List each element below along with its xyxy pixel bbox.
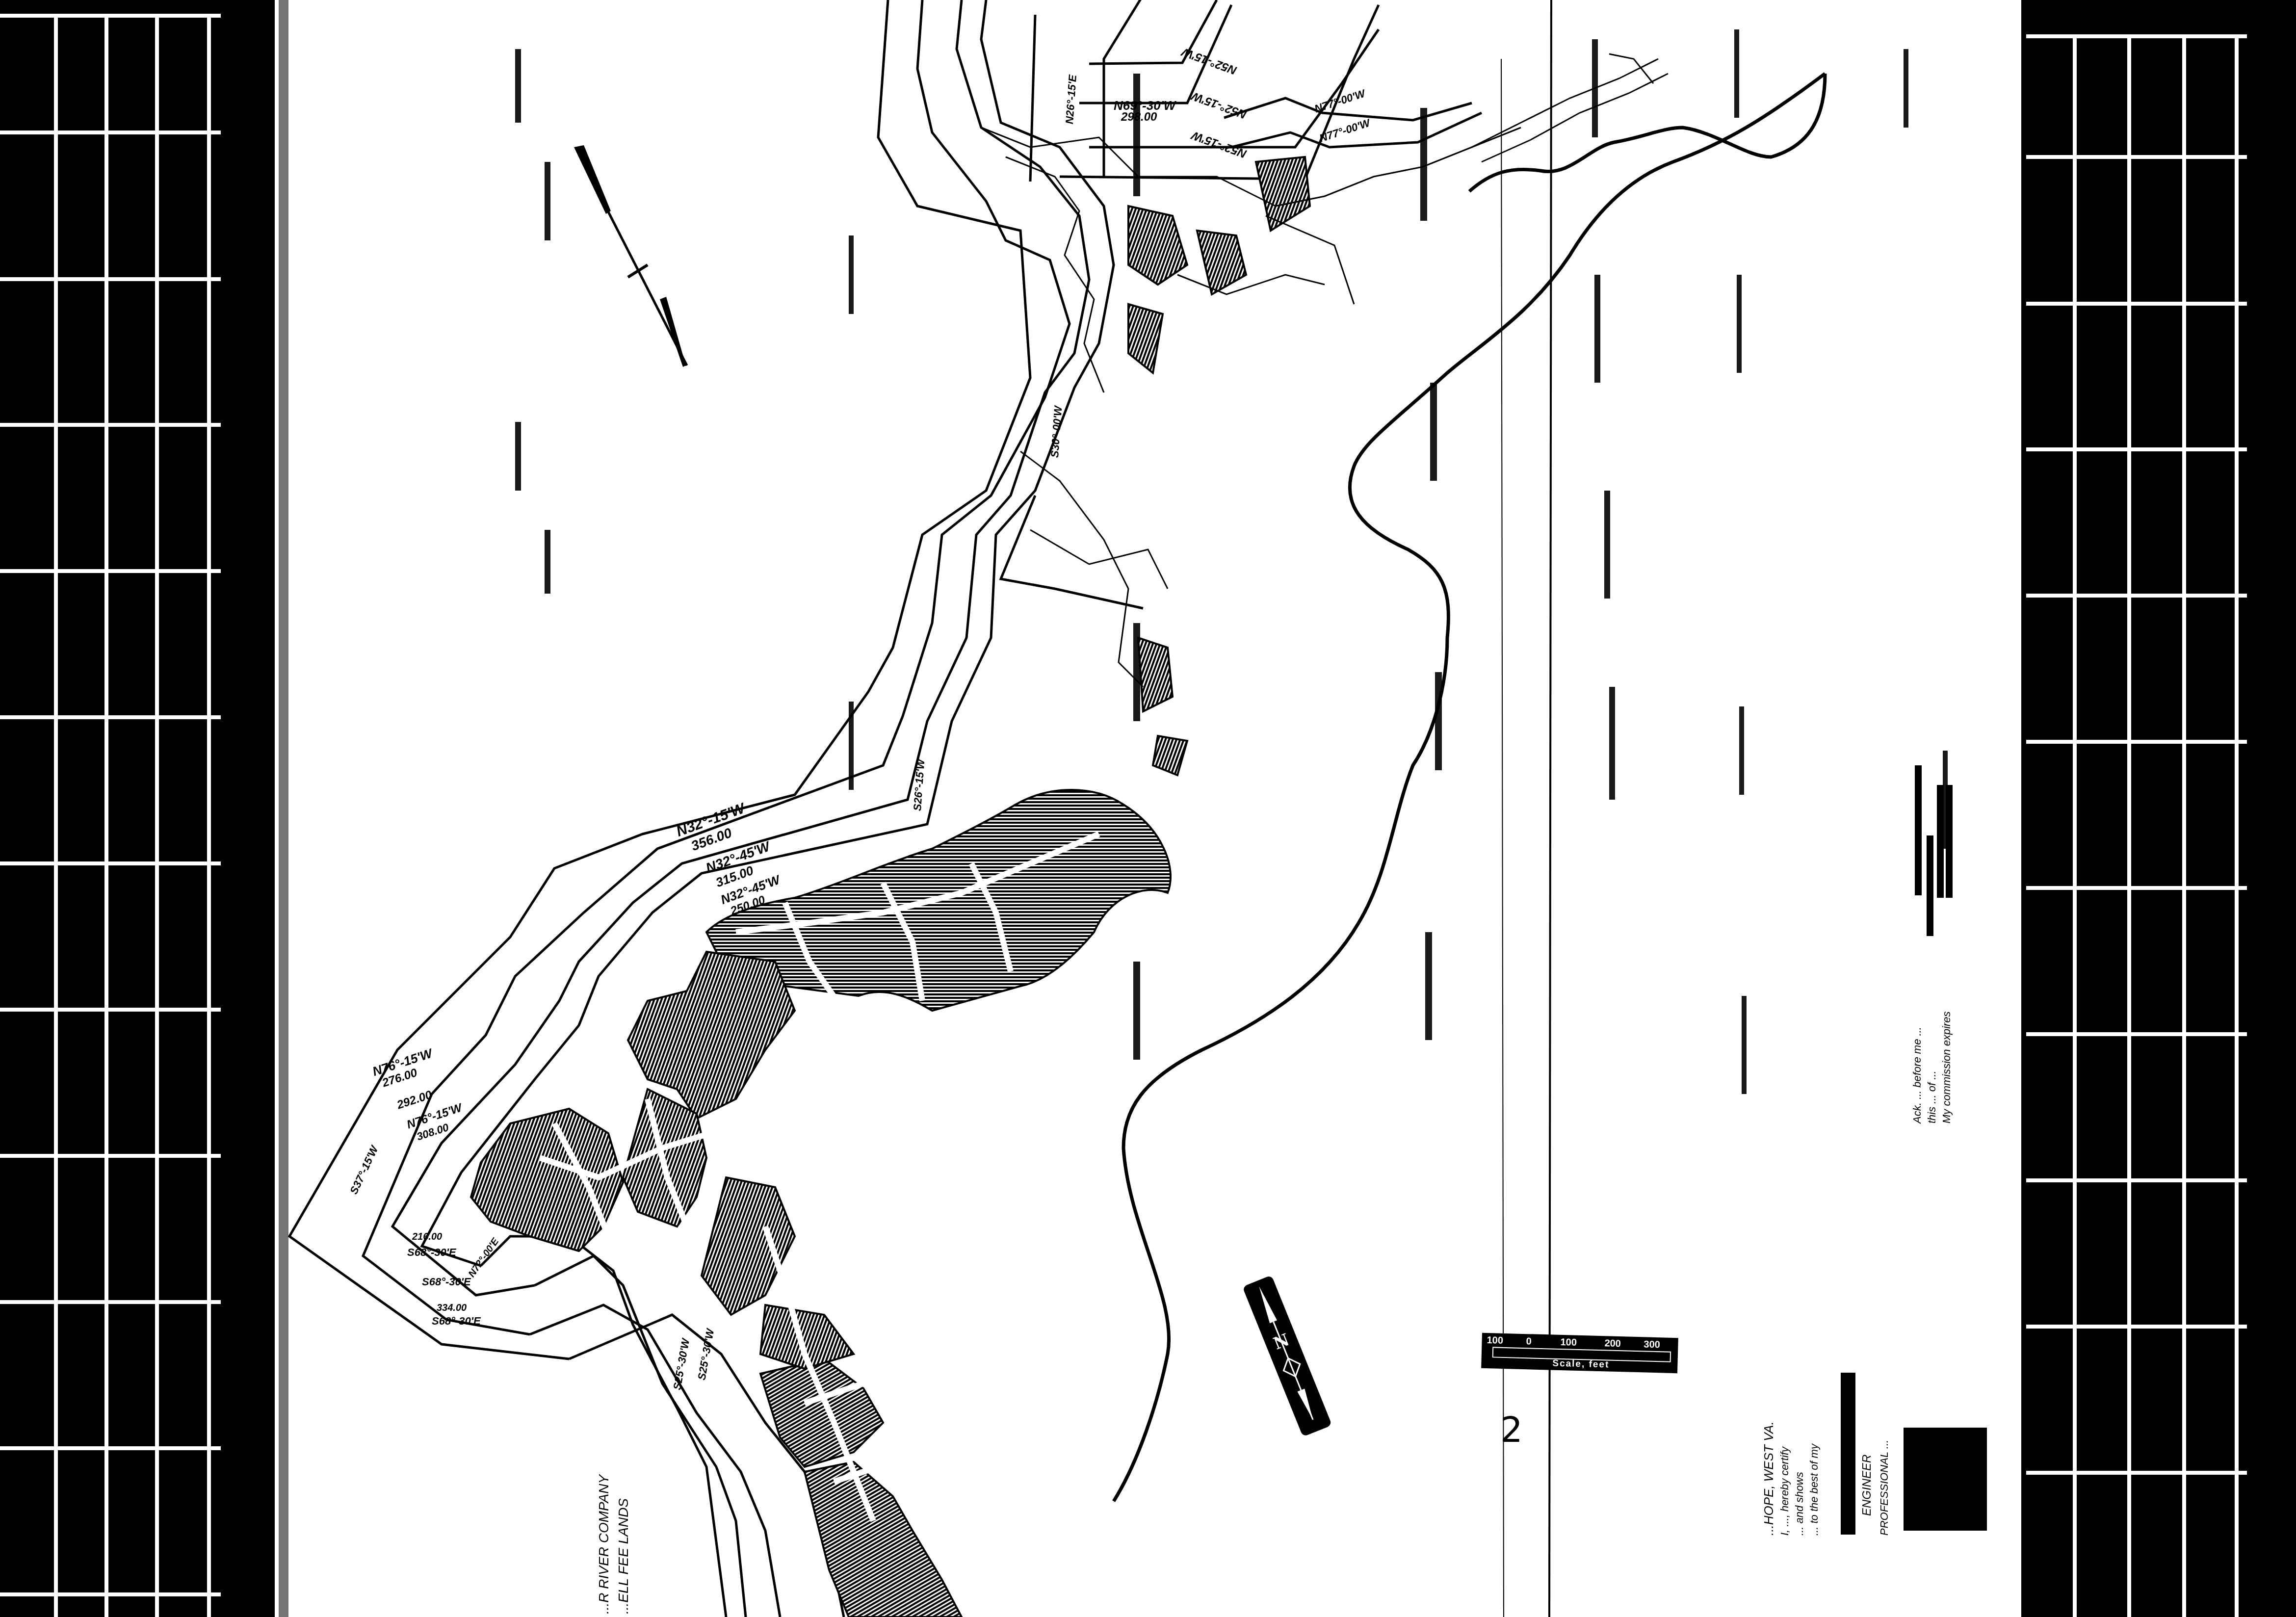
- boundary-label: S68°-30'E: [407, 1246, 456, 1259]
- title-line: ...HOPE, WEST VA.: [1761, 1421, 1776, 1536]
- north-arrow-needle: [574, 145, 687, 367]
- redaction-bar: [1927, 835, 1933, 936]
- title-line: I, ..., hereby certify: [1778, 1447, 1791, 1536]
- redaction-bar: [1841, 1373, 1855, 1535]
- title-line: ... to the best of my: [1808, 1444, 1821, 1536]
- sheet-number: 2: [1500, 1409, 1523, 1450]
- boundary-label: S68°-30'E: [432, 1315, 481, 1328]
- redaction-bar: [1937, 785, 1944, 898]
- notary-note: this ... of ...: [1926, 1070, 1938, 1123]
- scale-tick: 100: [1487, 1335, 1503, 1347]
- scale-tick: 0: [1526, 1336, 1532, 1347]
- scale-tick: 100: [1560, 1337, 1577, 1349]
- boundary-label: 334.00: [437, 1303, 467, 1314]
- boundary-label: 216.00: [412, 1231, 442, 1243]
- scale-tick: 200: [1604, 1338, 1621, 1350]
- notary-note: My commission expires: [1940, 1011, 1953, 1123]
- upper-mine-workings: [1128, 157, 1310, 775]
- lower-mine-workings: [471, 790, 1171, 1617]
- title-line: ENGINEER: [1860, 1455, 1874, 1516]
- company-label: ...R RIVER COMPANY: [596, 1475, 612, 1614]
- north-arrow-badge: N: [1242, 1275, 1332, 1437]
- scale-caption: Scale, feet: [1552, 1358, 1610, 1371]
- boundary-label: S68°-30'E: [422, 1276, 471, 1288]
- company-label: ...ELL FEE LANDS: [616, 1498, 631, 1614]
- notary-note: Ack. ... before me ...: [1911, 1027, 1924, 1123]
- title-line: PROFESSIONAL ...: [1878, 1440, 1891, 1536]
- scale-bar: 100 0 100 200 300 Scale, feet: [1481, 1333, 1678, 1373]
- redaction-bar: [1915, 765, 1922, 895]
- scale-tick: 300: [1644, 1339, 1660, 1351]
- boundary-label: 298.00: [1121, 110, 1157, 124]
- seal-redaction: [1904, 1428, 1987, 1531]
- redaction-bar: [1946, 785, 1953, 898]
- title-line: ... and shows: [1793, 1472, 1806, 1536]
